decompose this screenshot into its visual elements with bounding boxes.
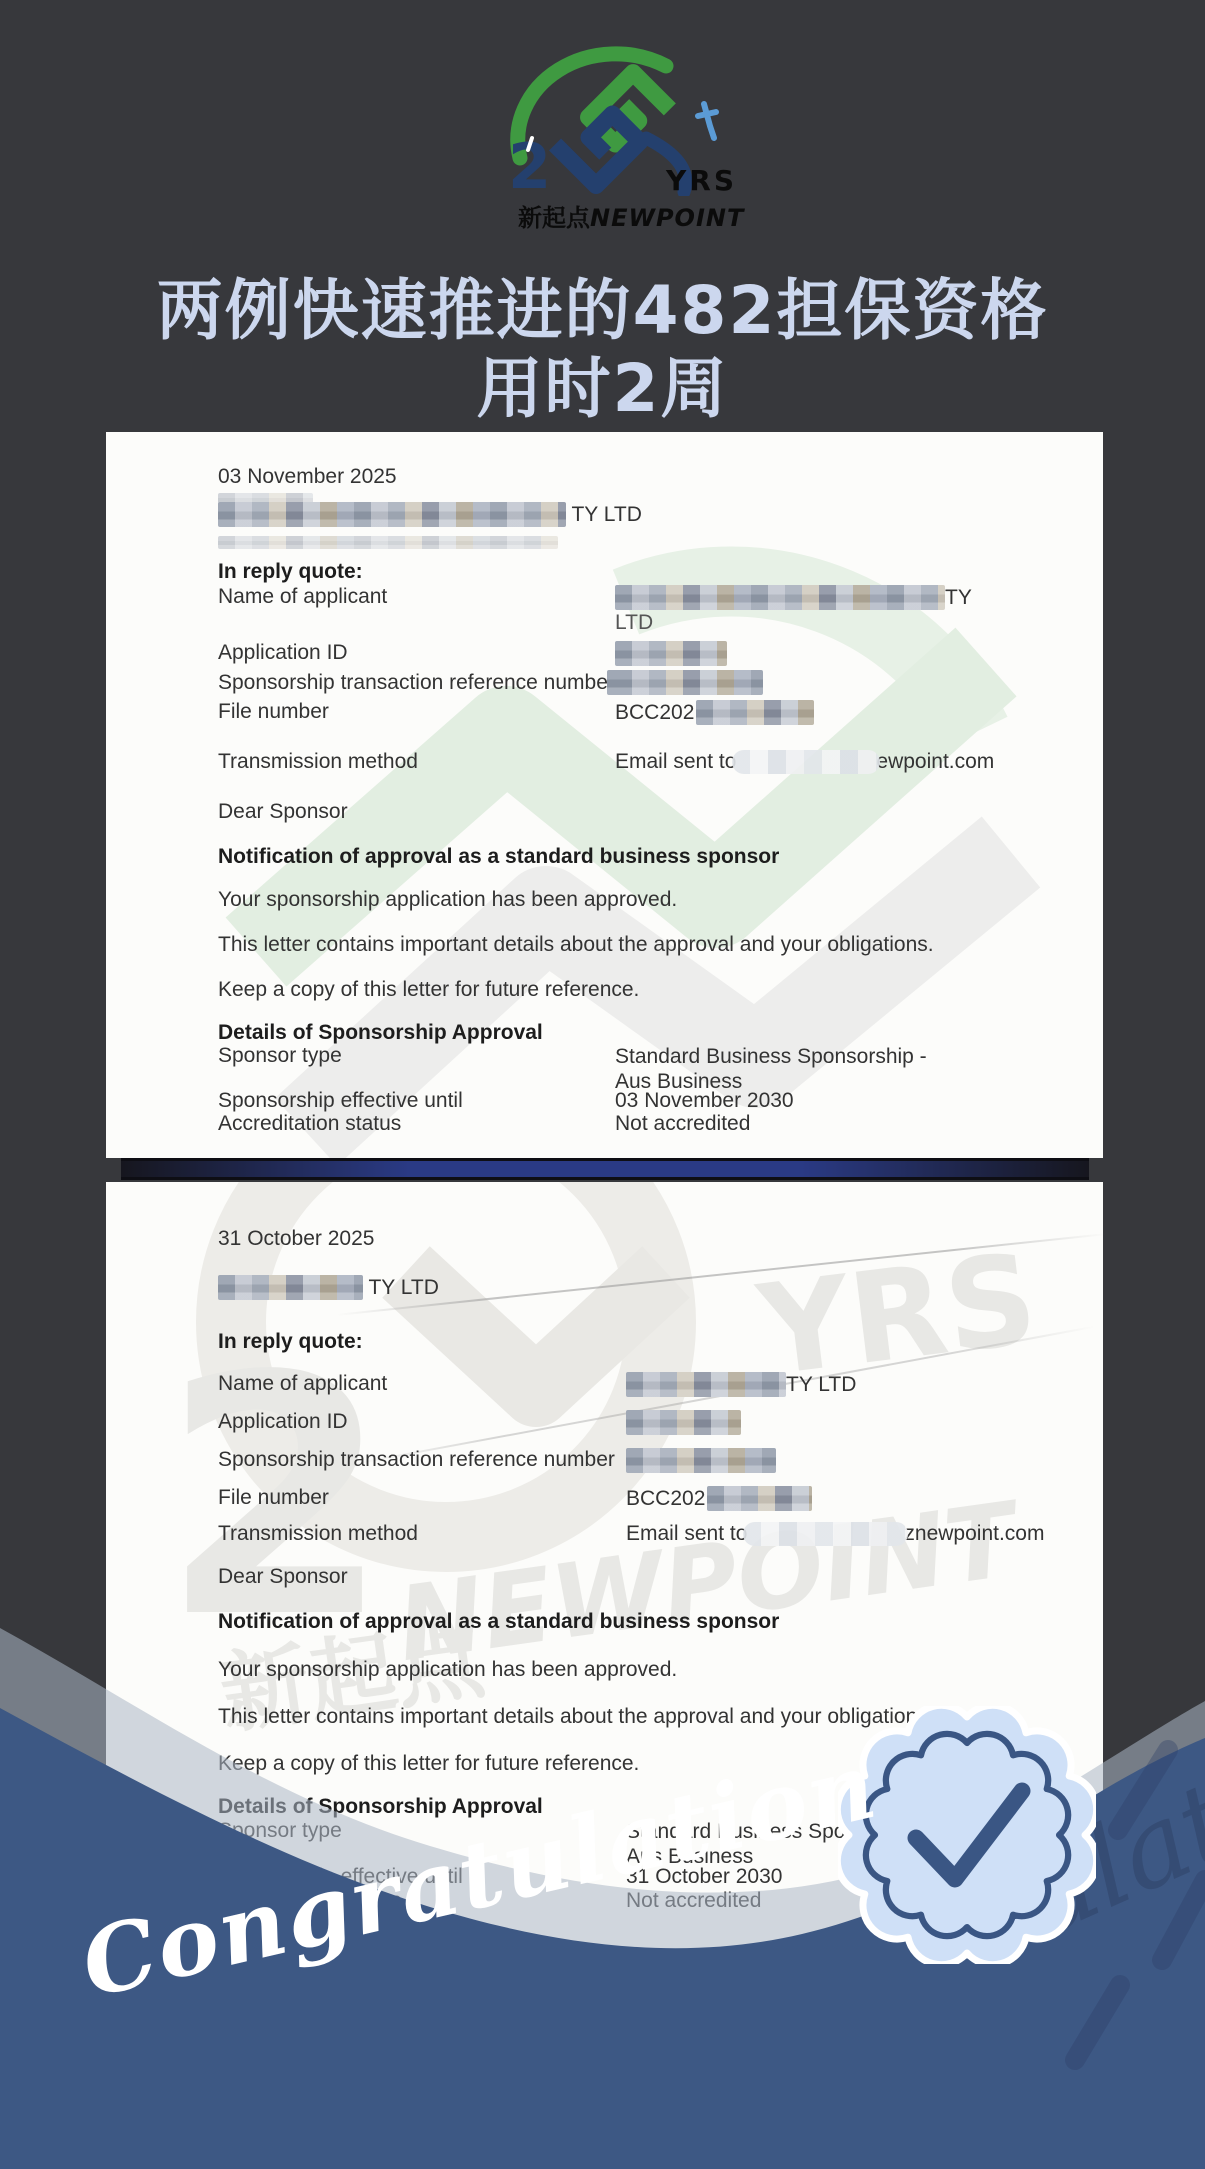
approval-letter-1: 03 November 2025 TY LTD In reply quote: … <box>106 432 1103 1158</box>
letter1-heading: Notification of approval as a standard b… <box>218 845 1073 873</box>
letter2-salutation: Dear Sponsor <box>218 1565 1073 1593</box>
redacted-block <box>626 1448 776 1473</box>
letter1-row-applicant: Name of applicant TY <box>218 585 1073 613</box>
redacted-block <box>707 1486 812 1511</box>
letter1-salutation: Dear Sponsor <box>218 800 1073 828</box>
letter1-file-number-value: BCC202 <box>615 700 814 725</box>
poster-title-line2: 用时2周 <box>0 350 1205 428</box>
letter2-row-application-id: Application ID <box>218 1410 1073 1438</box>
logo-wordmark: 新起点NEWPOINT <box>518 198 748 233</box>
redacted-block <box>696 700 814 725</box>
letter1-addressee: TY LTD <box>218 502 1073 530</box>
letter2-paragraph-1: Your sponsorship application has been ap… <box>218 1658 1073 1686</box>
letter2-row-transmission: Transmission method Email sent toznewpoi… <box>218 1522 1073 1550</box>
redacted-block <box>626 1372 786 1397</box>
redacted-block <box>626 1410 741 1435</box>
letter1-paragraph-2: This letter contains important details a… <box>218 933 1073 961</box>
letter2-transmission-value: Email sent toznewpoint.com <box>626 1522 1044 1546</box>
redacted-block <box>218 502 566 527</box>
promo-poster: 2 YRS 新起点NEWPOINT 两例快速推进的482担保资格 用时2周 03… <box>0 0 1205 2169</box>
letter1-paragraph-1: Your sponsorship application has been ap… <box>218 888 1073 916</box>
redacted-block <box>732 750 880 774</box>
section-divider-bar <box>121 1158 1089 1180</box>
letter2-heading: Notification of approval as a standard b… <box>218 1610 1073 1638</box>
letter2-applicant-value: TY LTD <box>626 1372 856 1397</box>
letter1-row-str-number: Sponsorship transaction reference number <box>218 670 1073 698</box>
letter1-row-file-number: File number BCC202 <box>218 700 1073 728</box>
letter1-detail-accreditation: Accreditation status Not accredited <box>218 1112 1073 1140</box>
brand-logo: 2 YRS 新起点NEWPOINT <box>498 46 748 231</box>
letter1-paragraph-3: Keep a copy of this letter for future re… <box>218 978 1073 1006</box>
letter1-row-transmission: Transmission method Email sent toewpoint… <box>218 750 1073 778</box>
letter1-in-reply-label: In reply quote: <box>218 560 1073 588</box>
redacted-block <box>615 641 727 666</box>
letter2-date: 31 October 2025 <box>218 1227 1073 1255</box>
letter2-row-file-number: File number BCC202 <box>218 1486 1073 1514</box>
redacted-block <box>218 1275 363 1300</box>
poster-title: 两例快速推进的482担保资格 用时2周 <box>0 272 1205 428</box>
redacted-block <box>615 585 945 610</box>
redacted-block <box>743 1522 908 1546</box>
letter1-addressee-redaction2 <box>218 531 1073 559</box>
letter1-transmission-value: Email sent toewpoint.com <box>615 750 994 774</box>
letter2-str-number-value <box>626 1448 776 1473</box>
poster-title-line1: 两例快速推进的482担保资格 <box>0 272 1205 350</box>
letter1-row-application-id: Application ID <box>218 641 1073 669</box>
letter1-str-number-value <box>615 670 763 695</box>
logo-chinese-name: 新起点 <box>518 204 590 232</box>
letter2-row-applicant: Name of applicant TY LTD <box>218 1372 1073 1400</box>
logo-english-name: NEWPOINT <box>590 204 744 232</box>
letter2-addressee: TY LTD <box>218 1275 1073 1303</box>
redacted-block <box>218 536 558 549</box>
letter1-applicant-value-line2: LTD <box>218 611 1073 639</box>
letter2-file-number-value: BCC202 <box>626 1486 812 1511</box>
logo-yrs-text: YRS <box>666 164 737 197</box>
letter2-row-str-number: Sponsorship transaction reference number <box>218 1448 1073 1476</box>
letter1-application-id-value <box>615 641 727 666</box>
letter1-detail-sponsor-type: Sponsor type Standard Business Sponsorsh… <box>218 1044 1073 1072</box>
redacted-block <box>615 670 763 695</box>
letter2-application-id-value <box>626 1410 741 1435</box>
letter2-in-reply-label: In reply quote: <box>218 1330 1073 1358</box>
letter1-applicant-value: TY <box>615 585 972 610</box>
